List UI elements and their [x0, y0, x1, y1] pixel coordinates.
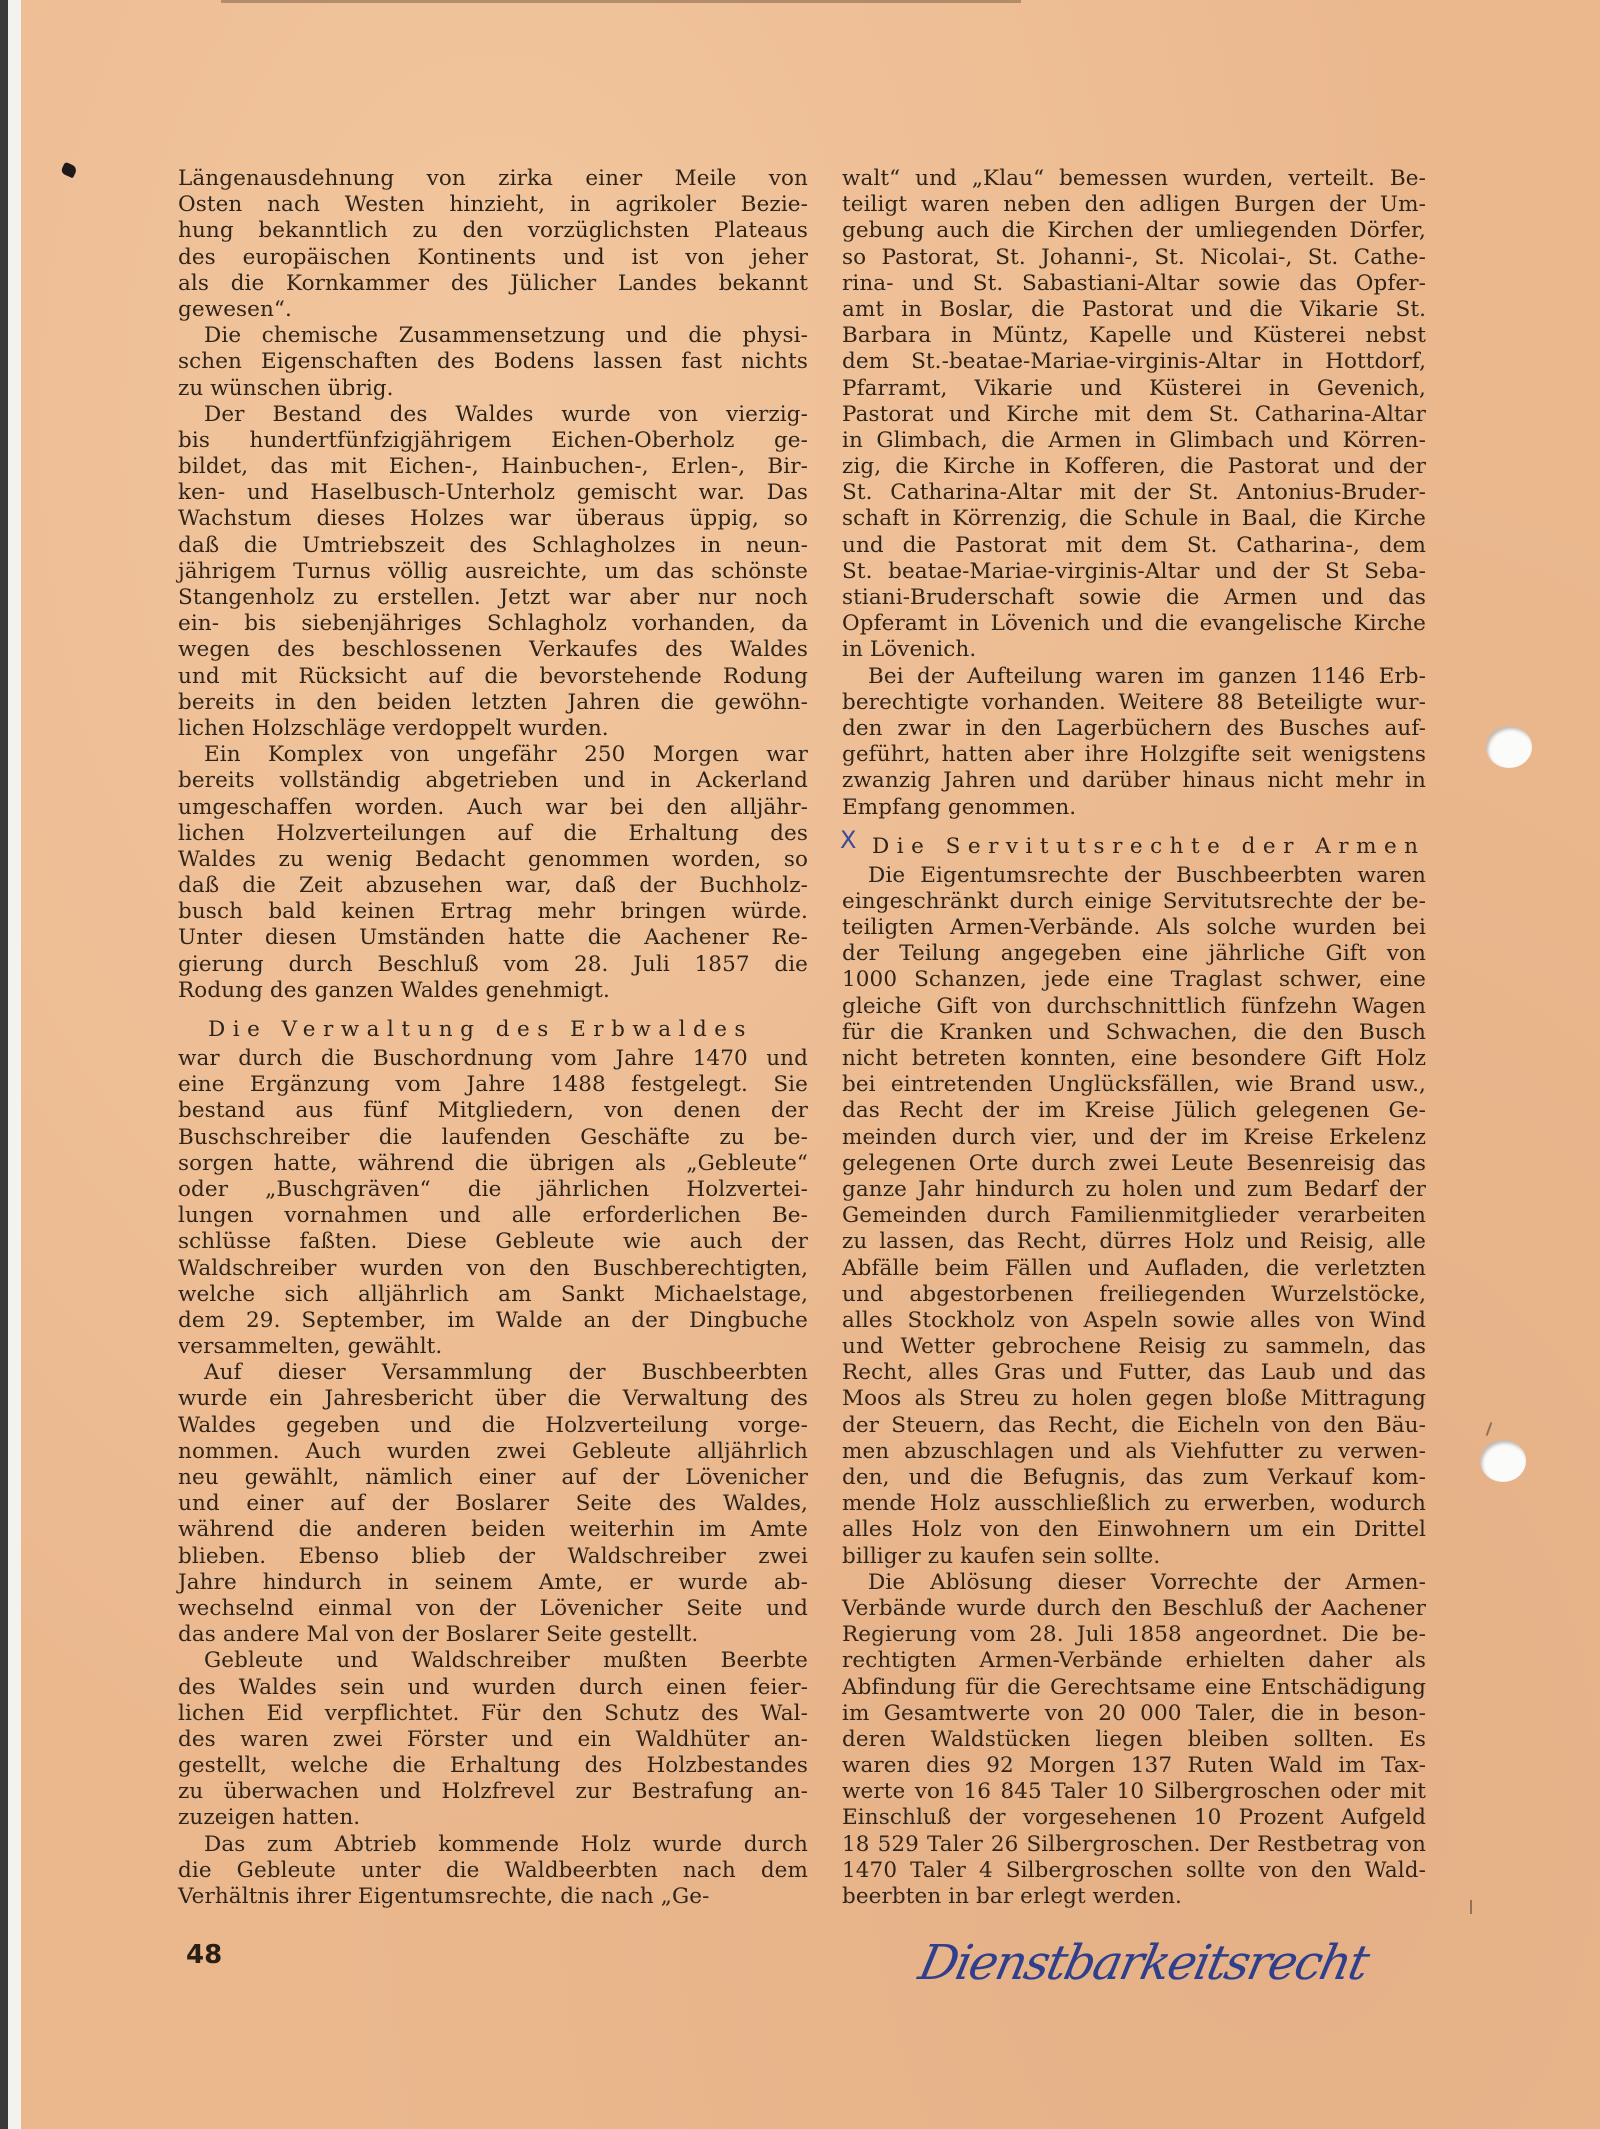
- text-line: Pastorat und Kirche mit dem St. Catharin…: [842, 402, 1426, 428]
- text-line: hung bekanntlich zu den vorzüglichsten P…: [178, 218, 808, 244]
- right-column: walt“ und „Klau“ bemessen wurden, vertei…: [842, 166, 1426, 1910]
- right-paragraphs-2: Die Eigentumsrechte der Buschbeerbten wa…: [842, 863, 1426, 1911]
- text-line: schen Eigenschaften des Bodens lassen fa…: [178, 349, 808, 375]
- text-line: die Gebleute unter die Waldbeerbten nach…: [178, 1858, 808, 1884]
- handwritten-margin-mark: X: [840, 826, 856, 854]
- text-line: Opferamt in Lövenich und die evangelisch…: [842, 611, 1426, 637]
- text-line: und Wetter gebrochene Reisig zu sammeln,…: [842, 1334, 1426, 1360]
- scan-edge: [8, 0, 22, 2129]
- text-line: walt“ und „Klau“ bemessen wurden, vertei…: [842, 166, 1426, 192]
- text-line: jährigem Turnus völlig ausreichte, um da…: [178, 559, 808, 585]
- text-line: neu gewählt, nämlich einer auf der Löven…: [178, 1465, 808, 1491]
- text-line: gelegenen Orte durch zwei Leute Besenrei…: [842, 1151, 1426, 1177]
- text-line: Osten nach Westen hinzieht, in agrikoler…: [178, 192, 808, 218]
- text-line: Jahre hindurch in seinem Amte, er wurde …: [178, 1570, 808, 1596]
- text-line: deren Waldstücken liegen bleiben sollten…: [842, 1727, 1426, 1753]
- text-line: Gebleute und Waldschreiber mußten Beerbt…: [178, 1648, 808, 1674]
- text-line: busch bald keinen Ertrag mehr bringen wü…: [178, 899, 808, 925]
- text-line: für die Kranken und Schwachen, die den B…: [842, 1020, 1426, 1046]
- text-line: 1000 Schanzen, jede eine Traglast schwer…: [842, 967, 1426, 993]
- text-line: dem St.-beatae-Mariae-virginis-Altar in …: [842, 349, 1426, 375]
- text-line: Gemeinden durch Familienmitglieder verar…: [842, 1203, 1426, 1229]
- text-line: ein- bis siebenjähriges Schlagholz vorha…: [178, 611, 808, 637]
- text-line: Das zum Abtrieb kommende Holz wurde durc…: [178, 1832, 808, 1858]
- text-line: der Teilung angegeben eine jährliche Gif…: [842, 941, 1426, 967]
- text-line: Unter diesen Umständen hatte die Aachene…: [178, 925, 808, 951]
- text-line: sorgen hatte, während die übrigen als „G…: [178, 1151, 808, 1177]
- text-line: Ein Komplex von ungefähr 250 Morgen war: [178, 742, 808, 768]
- left-column: Längenausdehnung von zirka einer Meile v…: [178, 166, 808, 1910]
- text-line: alles Holz von den Einwohnern um ein Dri…: [842, 1517, 1426, 1543]
- text-line: Moos als Streu zu holen gegen bloße Mitt…: [842, 1386, 1426, 1412]
- text-line: nommen. Auch wurden zwei Gebleute alljäh…: [178, 1439, 808, 1465]
- text-line: nicht betreten konnten, eine besondere G…: [842, 1046, 1426, 1072]
- text-line: billiger zu kaufen sein sollte.: [842, 1544, 1426, 1570]
- text-line: im Gesamtwerte von 20 000 Taler, die in …: [842, 1701, 1426, 1727]
- text-line: gierung durch Beschluß vom 28. Juli 1857…: [178, 952, 808, 978]
- text-line: wechselnd einmal von der Lövenicher Seit…: [178, 1596, 808, 1622]
- scratch-mark: [1470, 1900, 1472, 1914]
- text-line: schaft in Körrenzig, die Schule in Baal,…: [842, 506, 1426, 532]
- text-line: versammelten, gewählt.: [178, 1334, 808, 1360]
- text-line: Waldschreiber wurden von den Buschberech…: [178, 1256, 808, 1282]
- text-line: welche sich alljährlich am Sankt Michael…: [178, 1282, 808, 1308]
- text-line: Einschluß der vorgesehenen 10 Prozent Au…: [842, 1805, 1426, 1831]
- text-line: schlüsse faßten. Diese Gebleute wie auch…: [178, 1229, 808, 1255]
- text-line: ganze Jahr hindurch zu holen und zum Bed…: [842, 1177, 1426, 1203]
- section-heading-servitutsrechte: Die Servitutsrechte der Armen: [842, 827, 1426, 861]
- text-line: des europäischen Kontinents und ist von …: [178, 245, 808, 271]
- text-line: bereits in den beiden letzten Jahren die…: [178, 690, 808, 716]
- text-line: Regierung vom 28. Juli 1858 angeordnet. …: [842, 1622, 1426, 1648]
- text-line: so Pastorat, St. Johanni-, St. Nicolai-,…: [842, 245, 1426, 271]
- punch-hole-icon: [1480, 1440, 1526, 1482]
- text-line: Barbara in Müntz, Kapelle und Küsterei n…: [842, 323, 1426, 349]
- text-line: Abfälle beim Fällen und Aufladen, die ve…: [842, 1256, 1426, 1282]
- text-line: zuzeigen hatten.: [178, 1805, 808, 1831]
- text-line: Der Bestand des Waldes wurde von vierzig…: [178, 402, 808, 428]
- text-line: den zwar in den Lagerbüchern des Busches…: [842, 716, 1426, 742]
- text-line: das Recht der im Kreise Jülich gelegenen…: [842, 1098, 1426, 1124]
- text-line: St. Catharina-Altar mit der St. Antonius…: [842, 480, 1426, 506]
- text-line: Rodung des ganzen Waldes genehmigt.: [178, 978, 808, 1004]
- text-line: bei eintretenden Unglücksfällen, wie Bra…: [842, 1072, 1426, 1098]
- text-line: amt in Boslar, die Pastorat und die Vika…: [842, 297, 1426, 323]
- text-line: Die Ablösung dieser Vorrechte der Armen-: [842, 1570, 1426, 1596]
- text-line: war durch die Buschordnung vom Jahre 147…: [178, 1046, 808, 1072]
- text-line: mende Holz ausschließlich zu erwerben, w…: [842, 1491, 1426, 1517]
- text-line: lichen Holzschläge verdoppelt wurden.: [178, 716, 808, 742]
- text-line: gestellt, welche die Erhaltung des Holzb…: [178, 1753, 808, 1779]
- text-line: ken- und Haselbusch-Unterholz gemischt w…: [178, 480, 808, 506]
- text-line: Längenausdehnung von zirka einer Meile v…: [178, 166, 808, 192]
- text-line: Abfindung für die Gerechtsame eine Entsc…: [842, 1675, 1426, 1701]
- text-line: Buschschreiber die laufenden Geschäfte z…: [178, 1125, 808, 1151]
- text-line: in Glimbach, die Armen in Glimbach und K…: [842, 428, 1426, 454]
- text-line: werte von 16 845 Taler 10 Silbergroschen…: [842, 1779, 1426, 1805]
- text-line: während die anderen beiden weiterhin im …: [178, 1517, 808, 1543]
- text-line: lichen Eid verpflichtet. Für den Schutz …: [178, 1701, 808, 1727]
- text-line: Stangenholz zu erstellen. Jetzt war aber…: [178, 585, 808, 611]
- handwritten-note: Dienstbarkeitsrecht: [914, 1935, 1372, 1991]
- text-line: wegen des beschlossenen Verkaufes des Wa…: [178, 637, 808, 663]
- text-line: Recht, alles Gras und Futter, das Laub u…: [842, 1360, 1426, 1386]
- text-line: zu lassen, das Recht, dürres Holz und Re…: [842, 1229, 1426, 1255]
- text-line: zig, die Kirche in Kofferen, die Pastora…: [842, 454, 1426, 480]
- page-number: 48: [186, 1940, 222, 1970]
- text-line: alles Stockholz von Aspeln sowie alles v…: [842, 1308, 1426, 1334]
- text-line: lungen vornahmen und alle erforderlichen…: [178, 1203, 808, 1229]
- text-line: des Waldes sein und wurden durch einen f…: [178, 1675, 808, 1701]
- text-line: bestand aus fünf Mitgliedern, von denen …: [178, 1098, 808, 1124]
- text-line: bereits vollständig abgetrieben und in A…: [178, 768, 808, 794]
- text-line: und abgestorbenen freiliegenden Wurzelst…: [842, 1282, 1426, 1308]
- text-line: daß die Umtriebszeit des Schlagholzes in…: [178, 533, 808, 559]
- text-line: gewesen“.: [178, 297, 808, 323]
- text-line: Die chemische Zusammensetzung und die ph…: [178, 323, 808, 349]
- text-line: 18 529 Taler 26 Silbergroschen. Der Rest…: [842, 1832, 1426, 1858]
- text-line: Verhältnis ihrer Eigentumsrechte, die na…: [178, 1884, 808, 1910]
- text-line: Bei der Aufteilung waren im ganzen 1146 …: [842, 664, 1426, 690]
- text-line: bis hundertfünfzigjährigem Eichen-Oberho…: [178, 428, 808, 454]
- text-line: bildet, das mit Eichen-, Hainbuchen-, Er…: [178, 454, 808, 480]
- text-line: der Steuern, das Recht, die Eicheln von …: [842, 1413, 1426, 1439]
- text-line: und mit Rücksicht auf die bevorstehende …: [178, 664, 808, 690]
- text-line: teiligt waren neben den adligen Burgen d…: [842, 192, 1426, 218]
- text-line: blieben. Ebenso blieb der Waldschreiber …: [178, 1544, 808, 1570]
- text-line: und einer auf der Boslarer Seite des Wal…: [178, 1491, 808, 1517]
- text-line: zwanzig Jahren und darüber hinaus nicht …: [842, 768, 1426, 794]
- text-line: geführt, hatten aber ihre Holzgifte seit…: [842, 742, 1426, 768]
- text-line: Waldes gegeben und die Holzverteilung vo…: [178, 1413, 808, 1439]
- left-paragraphs-1: Längenausdehnung von zirka einer Meile v…: [178, 166, 808, 1004]
- text-line: meinden durch vier, und der im Kreise Er…: [842, 1125, 1426, 1151]
- text-line: dem 29. September, im Walde an der Dingb…: [178, 1308, 808, 1334]
- text-line: gleiche Gift von durchschnittlich fünfze…: [842, 994, 1426, 1020]
- text-line: umgeschaffen worden. Auch war bei den al…: [178, 795, 808, 821]
- text-line: zu überwachen und Holzfrevel zur Bestraf…: [178, 1779, 808, 1805]
- text-line: Auf dieser Versammlung der Buschbeerbten: [178, 1360, 808, 1386]
- text-line: daß die Zeit abzusehen war, daß der Buch…: [178, 873, 808, 899]
- text-line: gebung auch die Kirchen der umliegenden …: [842, 218, 1426, 244]
- text-line: waren dies 92 Morgen 137 Ruten Wald im T…: [842, 1753, 1426, 1779]
- text-line: Pfarramt, Vikarie und Küsterei in Geveni…: [842, 376, 1426, 402]
- text-line: berechtigte vorhanden. Weitere 88 Beteil…: [842, 690, 1426, 716]
- text-line: eingeschränkt durch einige Servitutsrech…: [842, 889, 1426, 915]
- text-line: den, und die Befugnis, das zum Verkauf k…: [842, 1465, 1426, 1491]
- punch-hole-icon: [1486, 726, 1532, 768]
- left-paragraphs-2: war durch die Buschordnung vom Jahre 147…: [178, 1046, 808, 1910]
- text-line: St. beatae-Mariae-virginis-Altar und der…: [842, 559, 1426, 585]
- text-line: wurde ein Jahresbericht über die Verwalt…: [178, 1386, 808, 1412]
- section-heading-verwaltung: Die Verwaltung des Erbwaldes: [178, 1010, 808, 1044]
- top-edge: [221, 0, 1021, 3]
- text-line: stiani-Bruderschaft sowie die Armen und …: [842, 585, 1426, 611]
- text-line: beerbten in bar erlegt werden.: [842, 1884, 1426, 1910]
- text-line: und die Pastorat mit dem St. Catharina-,…: [842, 533, 1426, 559]
- text-line: als die Kornkammer des Jülicher Landes b…: [178, 271, 808, 297]
- text-line: teiligten Armen-Verbände. Als solche wur…: [842, 915, 1426, 941]
- text-line: zu wünschen übrig.: [178, 376, 808, 402]
- text-line: lichen Holzverteilungen auf die Erhaltun…: [178, 821, 808, 847]
- right-paragraphs-1: walt“ und „Klau“ bemessen wurden, vertei…: [842, 166, 1426, 821]
- text-line: Empfang genommen.: [842, 795, 1426, 821]
- text-line: in Lövenich.: [842, 637, 1426, 663]
- text-line: das andere Mal von der Boslarer Seite ge…: [178, 1622, 808, 1648]
- text-line: Die Eigentumsrechte der Buschbeerbten wa…: [842, 863, 1426, 889]
- text-line: rechtigten Armen-Verbände erhielten dahe…: [842, 1648, 1426, 1674]
- text-line: Wachstum dieses Holzes war überaus üppig…: [178, 506, 808, 532]
- text-line: eine Ergänzung vom Jahre 1488 festgelegt…: [178, 1072, 808, 1098]
- text-line: Verbände wurde durch den Beschluß der Aa…: [842, 1596, 1426, 1622]
- text-line: 1470 Taler 4 Silbergroschen sollte von d…: [842, 1858, 1426, 1884]
- text-line: rina- und St. Sabastiani-Altar sowie das…: [842, 271, 1426, 297]
- text-line: des waren zwei Förster und ein Waldhüter…: [178, 1727, 808, 1753]
- text-line: Waldes zu wenig Bedacht genommen worden,…: [178, 847, 808, 873]
- text-line: oder „Buschgräven“ die jährlichen Holzve…: [178, 1177, 808, 1203]
- text-line: men abzuschlagen und als Viehfutter zu v…: [842, 1439, 1426, 1465]
